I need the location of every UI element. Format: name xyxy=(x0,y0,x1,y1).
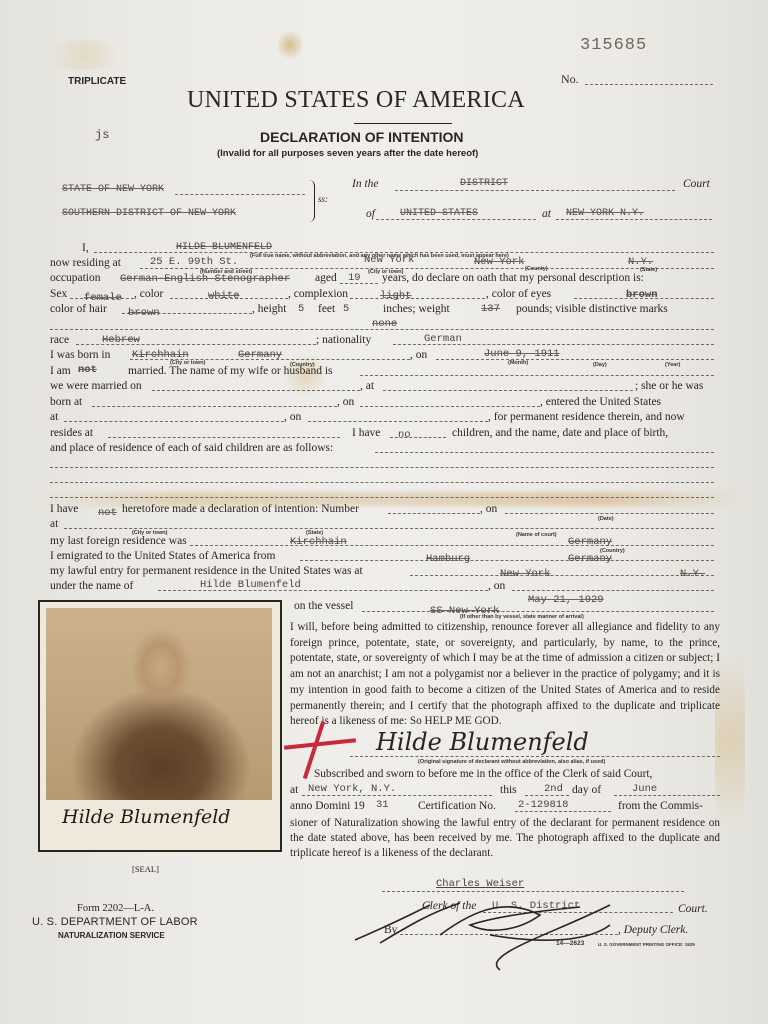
color-label: , color xyxy=(134,288,163,300)
children-detail-line xyxy=(375,452,714,453)
court-label: Court xyxy=(683,178,710,190)
hint-year: (Year) xyxy=(665,362,680,368)
married-on-line xyxy=(152,390,360,391)
pounds-label: pounds; visible distinctive marks xyxy=(516,303,668,315)
occupation-label: occupation xyxy=(50,272,100,284)
spouse-born-suffix: ; she or he was xyxy=(635,380,703,392)
entered-on-label: , on xyxy=(284,411,301,423)
oath-text: I will, before being admitted to citizen… xyxy=(290,620,720,730)
entry-date-line xyxy=(512,590,714,591)
married-at-line xyxy=(383,390,633,391)
from-label: from the Commis- xyxy=(618,800,703,812)
month: June xyxy=(632,783,657,795)
children-suffix: children, and the name, date and place o… xyxy=(452,427,668,439)
no-line xyxy=(585,84,713,85)
at2-label: at xyxy=(50,411,58,423)
declarant-photo: Hilde Blumenfeld xyxy=(38,600,282,852)
nationality-label: ; nationality xyxy=(316,334,371,346)
subscription-line1: Subscribed and sworn to before me in the… xyxy=(314,768,652,780)
blank-line-3 xyxy=(50,497,714,498)
vessel-line xyxy=(362,611,714,612)
prior-on-label: , on xyxy=(480,503,497,515)
place-line xyxy=(302,795,492,796)
city: New York xyxy=(364,254,414,266)
entry-date: May 21, 1929 xyxy=(528,594,604,606)
prior-at-label: at xyxy=(50,518,58,530)
document-subtitle: DECLARATION OF INTENTION xyxy=(260,129,464,145)
print-code: 14—2623 xyxy=(556,940,584,947)
place: New York, N.Y. xyxy=(308,783,396,795)
number-line xyxy=(388,513,480,514)
of-line xyxy=(376,219,536,220)
at2-line xyxy=(64,421,284,422)
entry-on-label: , on xyxy=(488,580,505,592)
emigrated-city: Hamburg xyxy=(426,553,470,565)
eyes: brown xyxy=(626,289,658,301)
portrait-image xyxy=(46,608,272,800)
occupation: German-English Stenographer xyxy=(120,273,290,285)
day: 2nd xyxy=(544,783,563,795)
complexion-line xyxy=(350,298,485,299)
month-line xyxy=(614,795,720,796)
resides-line xyxy=(108,437,340,438)
heretofore-text: heretofore made a declaration of intenti… xyxy=(122,503,359,515)
copy-label: TRIPLICATE xyxy=(68,76,126,87)
entered-on-line xyxy=(308,421,488,422)
inches-label: inches; weight xyxy=(383,303,450,315)
children-prefix: I have xyxy=(352,427,380,439)
height-feet: 5 xyxy=(298,303,304,315)
stain xyxy=(40,40,130,70)
race-label: race xyxy=(50,334,69,346)
hint-month: (Month) xyxy=(508,360,528,366)
prior-on-line xyxy=(505,513,714,514)
sex-label: Sex xyxy=(50,288,67,300)
permanent-label: , for permanent residence therein, and n… xyxy=(488,411,685,423)
residing-label: now residing at xyxy=(50,257,121,269)
born-label: I was born in xyxy=(50,349,110,361)
venue-line xyxy=(175,194,305,195)
last-residence-line xyxy=(190,545,714,546)
validity-note: (Invalid for all purposes seven years af… xyxy=(217,148,478,159)
vessel-label: on the vessel xyxy=(294,600,353,612)
blank-line-1 xyxy=(50,467,714,468)
age: 19 xyxy=(348,272,361,284)
marks: none xyxy=(372,318,397,330)
full-name: HILDE BLUMENFELD xyxy=(176,242,272,253)
married-suffix: married. The name of my wife or husband … xyxy=(128,365,333,377)
prior-status: not xyxy=(98,507,117,519)
department: U. S. DEPARTMENT OF LABOR xyxy=(32,916,198,928)
clerk-name: Charles Weiser xyxy=(436,878,524,890)
last-country: Germany xyxy=(568,536,612,548)
born-at-line xyxy=(92,406,337,407)
day-line xyxy=(525,795,569,796)
cert-line xyxy=(515,811,611,812)
street: 25 E. 99th St. xyxy=(150,256,238,268)
spouse-line xyxy=(360,375,714,376)
prior-at-line xyxy=(64,528,714,529)
stain xyxy=(278,28,302,62)
hint-court: (Name of court) xyxy=(516,532,557,538)
anno-label: anno Domini 19 xyxy=(290,800,365,812)
photo-caption-signature: Hilde Blumenfeld xyxy=(62,806,230,828)
height-label: , height xyxy=(252,303,287,315)
brace xyxy=(308,180,315,222)
court-end-label: Court. xyxy=(678,903,708,915)
service: NATURALIZATION SERVICE xyxy=(58,931,165,940)
clerk-name-line xyxy=(382,891,684,892)
married-status: not xyxy=(78,364,97,376)
cert-label: Certification No. xyxy=(418,800,496,812)
under-name-label: under the name of xyxy=(50,580,133,592)
venue-state: STATE OF NEW YORK xyxy=(62,184,164,195)
hair-label: color of hair xyxy=(50,303,107,315)
form-number: Form 2202—L-A. xyxy=(77,903,154,914)
race: Hebrew xyxy=(102,334,140,346)
emigrated-line xyxy=(300,560,714,561)
birth-date: June 9, 1911 xyxy=(484,348,560,360)
deputy-label: , Deputy Clerk. xyxy=(618,924,688,936)
hint-day: (Day) xyxy=(593,362,607,368)
blank-line-2 xyxy=(50,482,714,483)
entry-city: New York xyxy=(500,568,550,580)
height-inches: 5 xyxy=(343,303,349,315)
oath-text: years, do declare on oath that my person… xyxy=(382,272,644,284)
of-label: of xyxy=(366,208,375,220)
aged-label: aged xyxy=(315,272,337,284)
court-type: DISTRICT xyxy=(460,178,508,189)
born-on-label: , on xyxy=(337,396,354,408)
prior-have-label: I have xyxy=(50,503,78,515)
emigrated-label: I emigrated to the United States of Amer… xyxy=(50,550,275,562)
document-title: UNITED STATES OF AMERICA xyxy=(187,87,525,114)
title-rule xyxy=(354,123,452,124)
feet-label: feet xyxy=(318,303,335,315)
at-value: NEW YORK N.Y. xyxy=(566,208,644,219)
in-the-label: In the xyxy=(352,178,379,190)
resides-label: resides at xyxy=(50,427,93,439)
cert-number: 2-129818 xyxy=(518,799,568,811)
day-of-label: day of xyxy=(572,784,601,796)
clerk-initials: js xyxy=(95,128,109,142)
this-label: this xyxy=(500,784,517,796)
under-name: Hilde Blumenfeld xyxy=(200,579,301,591)
deputy-signature xyxy=(350,895,650,975)
married-on-label: we were married on xyxy=(50,380,142,392)
weight: 137 xyxy=(481,303,500,315)
county: New York xyxy=(474,256,524,268)
declaration-document: 315685 TRIPLICATE No. UNITED STATES OF A… xyxy=(0,0,768,1024)
last-residence-label: my last foreign residence was xyxy=(50,535,187,547)
subscription-body: sioner of Naturalization showing the law… xyxy=(290,816,720,862)
serial-number: 315685 xyxy=(580,36,647,55)
entry-state: N.Y. xyxy=(680,568,705,580)
seal-label: [SEAL] xyxy=(132,864,159,874)
hair: brown xyxy=(128,307,160,319)
no-label: No. xyxy=(561,72,579,87)
entered-label: , entered the United States xyxy=(540,396,661,408)
declarant-signature: Hilde Blumenfeld xyxy=(376,728,589,756)
signature-hint: (Original signature of declarant without… xyxy=(418,759,605,765)
birthdate-line xyxy=(436,359,714,360)
married-prefix: I am xyxy=(50,365,71,377)
sub-at-label: at xyxy=(290,784,298,796)
born-at-label: born at xyxy=(50,396,82,408)
printer: U. S. GOVERNMENT PRINTING OFFICE: 1929 xyxy=(598,942,695,947)
complexion: light xyxy=(380,290,412,302)
entry-line xyxy=(410,575,714,576)
on-label: , on xyxy=(410,349,427,361)
color: white xyxy=(208,290,240,302)
children-count: no xyxy=(398,429,411,441)
emigrated-country: Germany xyxy=(568,553,612,565)
nationality: German xyxy=(424,333,462,345)
last-city: Kirchhain xyxy=(290,536,347,548)
eyes-label: , color of eyes xyxy=(486,288,551,300)
complexion-label: , complexion xyxy=(288,288,348,300)
married-at-label: , at xyxy=(360,380,374,392)
court-line xyxy=(395,190,675,191)
birth-country: Germany xyxy=(238,349,282,361)
year-suffix: 31 xyxy=(376,799,389,811)
at-label: at xyxy=(542,208,551,220)
venue-district: SOUTHERN DISTRICT OF NEW YORK xyxy=(62,208,236,219)
i-label: I, xyxy=(82,242,89,254)
at-line xyxy=(556,219,712,220)
children-line2: and place of residence of each of said c… xyxy=(50,442,333,454)
entry-label: my lawful entry for permanent residence … xyxy=(50,565,363,577)
born-on-line xyxy=(360,406,540,407)
ss-label: ss: xyxy=(318,194,328,204)
hint-date: (Date) xyxy=(598,516,614,522)
of-value: UNITED STATES xyxy=(400,208,478,219)
signature-line xyxy=(350,756,720,757)
